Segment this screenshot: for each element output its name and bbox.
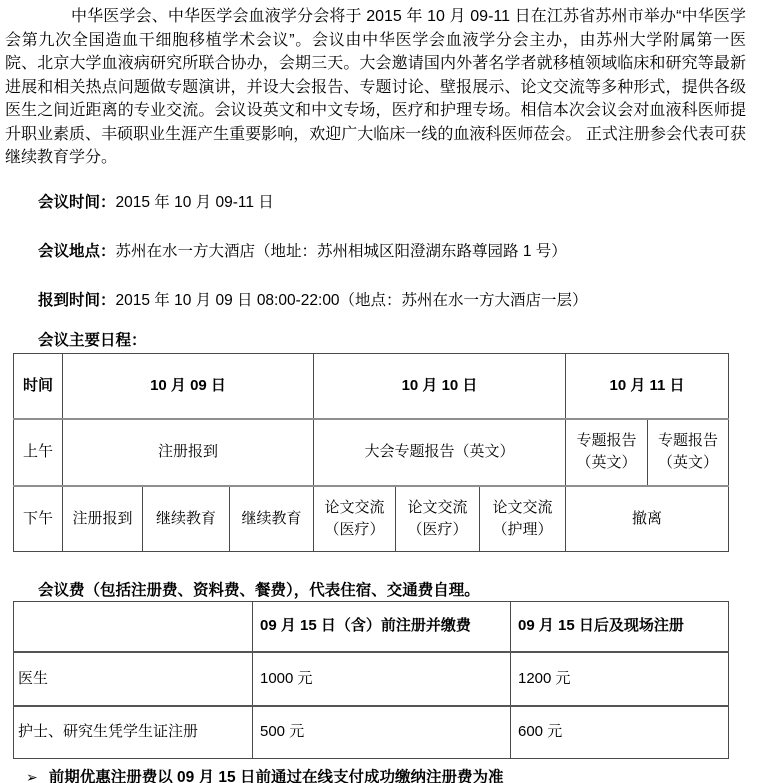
arrow-bullet-icon: ➢ xyxy=(26,767,38,783)
fees-category: 医生 xyxy=(14,652,253,706)
schedule-cell: 论文交流（医疗） xyxy=(314,486,396,552)
schedule-cell: 继续教育 xyxy=(143,486,230,552)
schedule-header-time: 时间 xyxy=(14,353,63,419)
checkin-time-value: 2015 年 10 月 09 日 08:00-22:00（地点：苏州在水一方大酒… xyxy=(116,292,588,309)
schedule-header-day2: 10 月 10 日 xyxy=(314,353,566,419)
meeting-time-value: 2015 年 10 月 09-11 日 xyxy=(116,194,274,211)
fees-row-doctor: 医生 1000 元 1200 元 xyxy=(14,652,729,706)
intro-paragraph: 中华医学会、中华医学会血液学分会将于 2015 年 10 月 09-11 日在江… xyxy=(5,5,746,170)
schedule-header-row: 时间 10 月 09 日 10 月 10 日 10 月 11 日 xyxy=(14,353,729,419)
schedule-afternoon-row: 下午 注册报到 继续教育 继续教育 论文交流（医疗） 论文交流（医疗） 论文交流… xyxy=(14,486,729,552)
fees-header-early: 09 月 15 日（含）前注册并缴费 xyxy=(253,601,511,652)
fees-table: 09 月 15 日（含）前注册并缴费 09 月 15 日后及现场注册 医生 10… xyxy=(13,601,729,759)
fees-early-value: 1000 元 xyxy=(253,652,511,706)
schedule-cell: 注册报到 xyxy=(63,419,314,486)
meeting-time-label: 会议时间： xyxy=(38,194,116,211)
schedule-cell: 论文交流（护理） xyxy=(480,486,566,552)
document-page: 中华医学会、中华医学会血液学分会将于 2015 年 10 月 09-11 日在江… xyxy=(0,0,767,783)
schedule-table: 时间 10 月 09 日 10 月 10 日 10 月 11 日 上午 注册报到… xyxy=(13,353,729,552)
schedule-cell: 撤离 xyxy=(566,486,729,552)
schedule-morning-row: 上午 注册报到 大会专题报告（英文） 专题报告（英文） 专题报告（英文） xyxy=(14,419,729,486)
schedule-header-day3: 10 月 11 日 xyxy=(566,353,729,419)
checkin-time-line: 报到时间：2015 年 10 月 09 日 08:00-22:00（地点：苏州在… xyxy=(38,291,767,311)
meeting-location-value: 苏州在水一方大酒店（地址：苏州相城区阳澄湖东路尊园路 1 号） xyxy=(116,243,567,260)
schedule-heading: 会议主要日程： xyxy=(38,331,767,351)
fees-category: 护士、研究生凭学生证注册 xyxy=(14,706,253,759)
schedule-cell: 注册报到 xyxy=(63,486,143,552)
fees-header-late: 09 月 15 日后及现场注册 xyxy=(511,601,729,652)
fees-heading: 会议费（包括注册费、资料费、餐费），代表住宿、交通费自理。 xyxy=(38,581,767,601)
schedule-header-day1: 10 月 09 日 xyxy=(63,353,314,419)
meeting-location-line: 会议地点：苏州在水一方大酒店（地址：苏州相城区阳澄湖东路尊园路 1 号） xyxy=(38,242,767,262)
schedule-cell: 大会专题报告（英文） xyxy=(314,419,566,486)
schedule-morning-label: 上午 xyxy=(14,419,63,486)
schedule-cell: 论文交流（医疗） xyxy=(396,486,480,552)
registration-note-line: ➢前期优惠注册费以 09 月 15 日前通过在线支付成功缴纳注册费为准 xyxy=(26,767,767,783)
fees-header-row: 09 月 15 日（含）前注册并缴费 09 月 15 日后及现场注册 xyxy=(14,601,729,652)
fees-late-value: 600 元 xyxy=(511,706,729,759)
fees-late-value: 1200 元 xyxy=(511,652,729,706)
schedule-cell: 专题报告（英文） xyxy=(566,419,648,486)
schedule-cell: 专题报告（英文） xyxy=(648,419,729,486)
fees-row-nurse-student: 护士、研究生凭学生证注册 500 元 600 元 xyxy=(14,706,729,759)
meeting-time-line: 会议时间：2015 年 10 月 09-11 日 xyxy=(38,193,767,213)
schedule-cell: 继续教育 xyxy=(230,486,314,552)
meeting-location-label: 会议地点： xyxy=(38,243,116,260)
schedule-afternoon-label: 下午 xyxy=(14,486,63,552)
registration-note-text: 前期优惠注册费以 09 月 15 日前通过在线支付成功缴纳注册费为准 xyxy=(49,769,504,783)
fees-early-value: 500 元 xyxy=(253,706,511,759)
fees-header-empty xyxy=(14,601,253,652)
checkin-time-label: 报到时间： xyxy=(38,292,116,309)
